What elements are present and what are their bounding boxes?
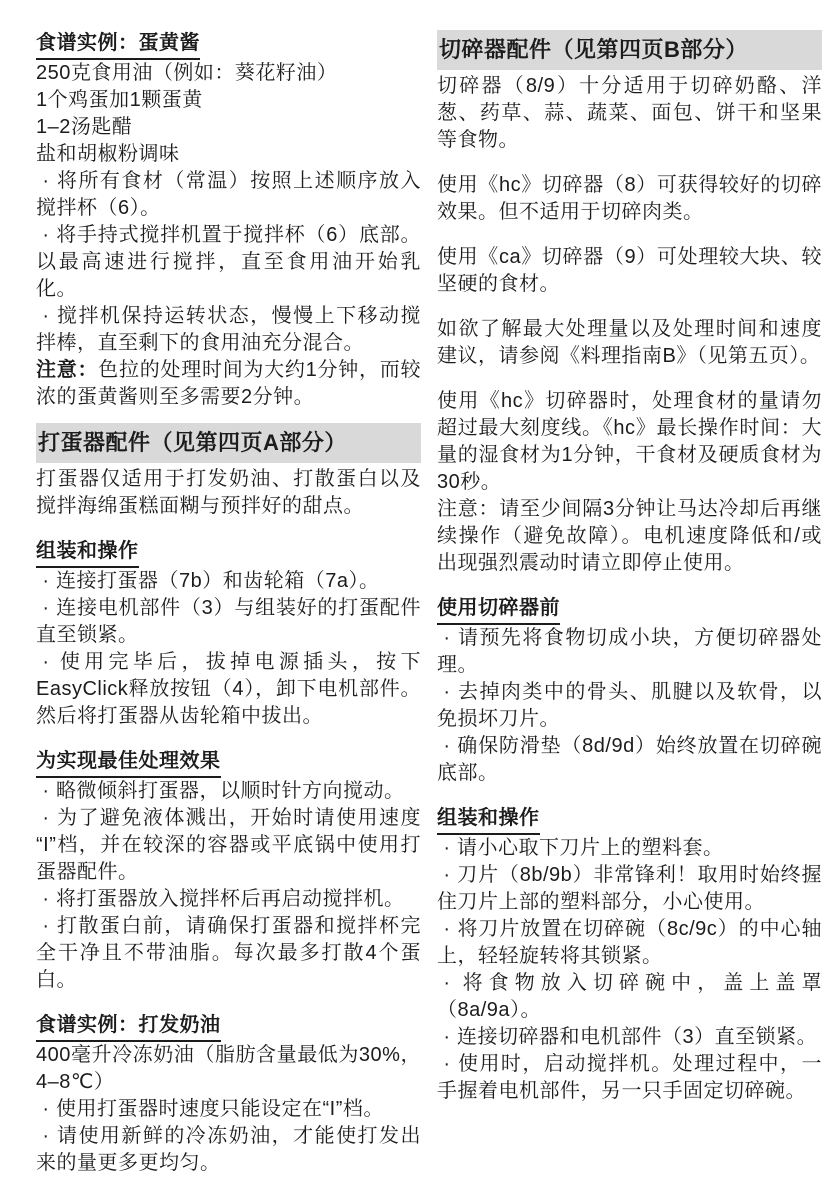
bullet-item: ·搅拌机保持运转状态，慢慢上下移动搅拌棒，直至剩下的食用油充分混合。	[36, 303, 421, 357]
right-column: 切碎器配件（见第四页B部分）切碎器（8/9）十分适用于切碎奶酪、洋葱、药草、蒜、…	[437, 30, 822, 1191]
bullet-item: ·使用完毕后，拔掉电源插头，按下EasyClick释放按钮（4），卸下电机部件。…	[36, 649, 421, 730]
bullet-item: ·确保防滑垫（8d/9d）始终放置在切碎碗底部。	[437, 733, 822, 787]
left-column: 食谱实例：蛋黄酱250克食用油（例如：葵花籽油）1个鸡蛋加1颗蛋黄1–2汤匙醋盐…	[36, 30, 421, 1191]
spacer-small	[36, 411, 421, 423]
paragraph-text: 使用《ca》切碎器（9）可处理较大块、较坚硬的食材。	[437, 246, 822, 295]
bullet-dot-icon: ·	[437, 970, 457, 997]
bullet-text: 打散蛋白前，请确保打蛋器和搅拌杯完全干净且不带油脂。每次最多打散4个蛋白。	[36, 915, 421, 991]
bullet-item: ·使用打蛋器时速度只能设定在“I”档。	[36, 1096, 421, 1123]
paragraph-text: 400毫升冷冻奶油（脂肪含量最低为30%，4–8℃）	[36, 1044, 421, 1093]
bullet-item: ·为了避免液体溅出，开始时请使用速度“I”档，并在较深的容器或平底锅中使用打蛋器…	[36, 805, 421, 886]
bullet-item: ·连接切碎器和电机部件（3）直至锁紧。	[437, 1024, 822, 1051]
bullet-item: ·将食物放入切碎碗中，盖上盖罩（8a/9a）。	[437, 970, 822, 1024]
paragraph-text: 使用《hc》切碎器时，处理食材的量请勿超过最大刻度线。《hc》最长操作时间：大量…	[437, 390, 822, 493]
sub-heading: 为实现最佳处理效果	[36, 748, 421, 778]
spacer	[36, 730, 421, 748]
spacer	[437, 154, 822, 172]
paragraph: 400毫升冷冻奶油（脂肪含量最低为30%，4–8℃）	[36, 1042, 421, 1096]
bullet-text: 请预先将食物切成小块，方便切碎器处理。	[437, 627, 822, 676]
bullet-text: 将打蛋器放入搅拌杯后再启动搅拌机。	[56, 888, 405, 910]
bullet-text: 刀片（8b/9b）非常锋利！取用时始终握住刀片上部的塑料部分，小心使用。	[437, 864, 822, 913]
bullet-text: 将刀片放置在切碎碗（8c/9c）的中心轴上，轻轻旋转将其锁紧。	[437, 918, 822, 967]
spacer	[437, 298, 822, 316]
paragraph: 1个鸡蛋加1颗蛋黄	[36, 87, 421, 114]
paragraph-text: 250克食用油（例如：葵花籽油）	[36, 62, 337, 84]
bullet-dot-icon: ·	[437, 835, 457, 862]
spacer	[437, 370, 822, 388]
paragraph: 如欲了解最大处理量以及处理时间和速度建议，请参阅《料理指南B》（见第五页）。	[437, 316, 822, 370]
spacer	[437, 787, 822, 805]
bullet-text: 将手持式搅拌机置于搅拌杯（6）底部。以最高速进行搅拌，直至食用油开始乳化。	[36, 224, 421, 300]
sub-heading: 组装和操作	[36, 538, 421, 568]
bullet-item: ·刀片（8b/9b）非常锋利！取用时始终握住刀片上部的塑料部分，小心使用。	[437, 862, 822, 916]
bullet-item: ·请使用新鲜的冷冻奶油，才能使打发出来的量更多更均匀。	[36, 1123, 421, 1177]
paragraph: 1–2汤匙醋	[36, 114, 421, 141]
bullet-dot-icon: ·	[36, 778, 56, 805]
spacer	[36, 994, 421, 1012]
bullet-text: 连接切碎器和电机部件（3）直至锁紧。	[457, 1026, 817, 1048]
bullet-dot-icon: ·	[36, 1123, 56, 1150]
paragraph: 使用《ca》切碎器（9）可处理较大块、较坚硬的食材。	[437, 244, 822, 298]
sub-heading-text: 食谱实例：打发奶油	[36, 1012, 221, 1042]
bullet-item: ·使用时，启动搅拌机。处理过程中，一手握着电机部件，另一只手固定切碎碗。	[437, 1051, 822, 1105]
bullet-text: 使用时，启动搅拌机。处理过程中，一手握着电机部件，另一只手固定切碎碗。	[437, 1053, 822, 1102]
paragraph: 使用《hc》切碎器时，处理食材的量请勿超过最大刻度线。《hc》最长操作时间：大量…	[437, 388, 822, 496]
bullet-item: ·略微倾斜打蛋器，以顺时针方向搅动。	[36, 778, 421, 805]
bullet-text: 为了避免液体溅出，开始时请使用速度“I”档，并在较深的容器或平底锅中使用打蛋器配…	[36, 807, 421, 883]
bullet-text: 连接电机部件（3）与组装好的打蛋配件直至锁紧。	[36, 597, 421, 646]
bullet-item: ·将打蛋器放入搅拌杯后再启动搅拌机。	[36, 886, 421, 913]
bullet-dot-icon: ·	[36, 595, 56, 622]
bullet-dot-icon: ·	[36, 886, 56, 913]
sub-heading-text: 组装和操作	[437, 805, 540, 835]
section-header: 切碎器配件（见第四页B部分）	[437, 30, 822, 70]
spacer	[437, 226, 822, 244]
bullet-item: ·将手持式搅拌机置于搅拌杯（6）底部。以最高速进行搅拌，直至食用油开始乳化。	[36, 222, 421, 303]
bullet-text: 使用完毕后，拔掉电源插头，按下EasyClick释放按钮（4），卸下电机部件。然…	[36, 651, 421, 727]
bullet-item: ·请小心取下刀片上的塑料套。	[437, 835, 822, 862]
bullet-dot-icon: ·	[36, 568, 56, 595]
paragraph-text: 使用《hc》切碎器（8）可获得较好的切碎效果。但不适用于切碎肉类。	[437, 174, 822, 223]
note-paragraph: 注意：色拉的处理时间为大约1分钟，而较浓的蛋黄酱则至多需要2分钟。	[36, 357, 421, 411]
bullet-dot-icon: ·	[36, 303, 56, 330]
bullet-text: 请小心取下刀片上的塑料套。	[457, 837, 724, 859]
bullet-dot-icon: ·	[437, 625, 457, 652]
bullet-text: 确保防滑垫（8d/9d）始终放置在切碎碗底部。	[437, 735, 822, 784]
paragraph: 切碎器（8/9）十分适用于切碎奶酪、洋葱、药草、蒜、蔬菜、面包、饼干和坚果等食物…	[437, 73, 822, 154]
spacer	[437, 577, 822, 595]
bullet-text: 将所有食材（常温）按照上述顺序放入搅拌杯（6）。	[36, 170, 421, 219]
sub-heading: 食谱实例：打发奶油	[36, 1012, 421, 1042]
bullet-dot-icon: ·	[36, 168, 56, 195]
bullet-item: ·打散蛋白前，请确保打蛋器和搅拌杯完全干净且不带油脂。每次最多打散4个蛋白。	[36, 913, 421, 994]
paragraph-text: 如欲了解最大处理量以及处理时间和速度建议，请参阅《料理指南B》（见第五页）。	[437, 318, 822, 367]
paragraph-text: 切碎器（8/9）十分适用于切碎奶酪、洋葱、药草、蒜、蔬菜、面包、饼干和坚果等食物…	[437, 75, 822, 151]
bullet-item: ·连接打蛋器（7b）和齿轮箱（7a）。	[36, 568, 421, 595]
bullet-dot-icon: ·	[437, 862, 457, 889]
bullet-item: ·请预先将食物切成小块，方便切碎器处理。	[437, 625, 822, 679]
bullet-text: 请使用新鲜的冷冻奶油，才能使打发出来的量更多更均匀。	[36, 1125, 421, 1174]
sub-heading: 组装和操作	[437, 805, 822, 835]
bullet-dot-icon: ·	[36, 805, 56, 832]
bullet-text: 去掉肉类中的骨头、肌腱以及软骨，以免损坏刀片。	[437, 681, 822, 730]
sub-heading: 使用切碎器前	[437, 595, 822, 625]
paragraph-text: 打蛋器仅适用于打发奶油、打散蛋白以及搅拌海绵蛋糕面糊与预拌好的甜点。	[36, 468, 421, 517]
bullet-text: 连接打蛋器（7b）和齿轮箱（7a）。	[56, 570, 380, 592]
bullet-dot-icon: ·	[36, 1096, 56, 1123]
bullet-dot-icon: ·	[36, 222, 56, 249]
bullet-dot-icon: ·	[437, 1051, 457, 1078]
paragraph-text: 1个鸡蛋加1颗蛋黄	[36, 89, 203, 111]
bullet-text: 将食物放入切碎碗中，盖上盖罩（8a/9a）。	[437, 972, 822, 1021]
bullet-dot-icon: ·	[437, 916, 457, 943]
sub-heading-text: 食谱实例：蛋黄酱	[36, 30, 200, 60]
paragraph: 打蛋器仅适用于打发奶油、打散蛋白以及搅拌海绵蛋糕面糊与预拌好的甜点。	[36, 466, 421, 520]
sub-heading-text: 使用切碎器前	[437, 595, 560, 625]
spacer	[36, 520, 421, 538]
note-lead: 注意：	[36, 359, 98, 381]
paragraph: 盐和胡椒粉调味	[36, 141, 421, 168]
manual-page: 食谱实例：蛋黄酱250克食用油（例如：葵花籽油）1个鸡蛋加1颗蛋黄1–2汤匙醋盐…	[0, 0, 839, 1191]
bullet-dot-icon: ·	[437, 679, 457, 706]
paragraph: 使用《hc》切碎器（8）可获得较好的切碎效果。但不适用于切碎肉类。	[437, 172, 822, 226]
paragraph-text: 注意：请至少间隔3分钟让马达冷却后再继续操作（避免故障）。电机速度降低和/或出现…	[437, 498, 822, 574]
paragraph: 注意：请至少间隔3分钟让马达冷却后再继续操作（避免故障）。电机速度降低和/或出现…	[437, 496, 822, 577]
paragraph: 250克食用油（例如：葵花籽油）	[36, 60, 421, 87]
bullet-item: ·将所有食材（常温）按照上述顺序放入搅拌杯（6）。	[36, 168, 421, 222]
bullet-text: 使用打蛋器时速度只能设定在“I”档。	[56, 1098, 384, 1120]
sub-heading-text: 为实现最佳处理效果	[36, 748, 221, 778]
bullet-text: 搅拌机保持运转状态，慢慢上下移动搅拌棒，直至剩下的食用油充分混合。	[36, 305, 421, 354]
bullet-item: ·去掉肉类中的骨头、肌腱以及软骨，以免损坏刀片。	[437, 679, 822, 733]
bullet-dot-icon: ·	[36, 649, 56, 676]
paragraph-text: 1–2汤匙醋	[36, 116, 132, 138]
paragraph-text: 盐和胡椒粉调味	[36, 143, 180, 165]
sub-heading-text: 组装和操作	[36, 538, 139, 568]
bullet-dot-icon: ·	[437, 1024, 457, 1051]
bullet-dot-icon: ·	[437, 733, 457, 760]
sub-heading: 食谱实例：蛋黄酱	[36, 30, 421, 60]
bullet-dot-icon: ·	[36, 913, 56, 940]
bullet-text: 略微倾斜打蛋器，以顺时针方向搅动。	[56, 780, 405, 802]
bullet-item: ·将刀片放置在切碎碗（8c/9c）的中心轴上，轻轻旋转将其锁紧。	[437, 916, 822, 970]
section-header: 打蛋器配件（见第四页A部分）	[36, 423, 421, 463]
bullet-item: ·连接电机部件（3）与组装好的打蛋配件直至锁紧。	[36, 595, 421, 649]
